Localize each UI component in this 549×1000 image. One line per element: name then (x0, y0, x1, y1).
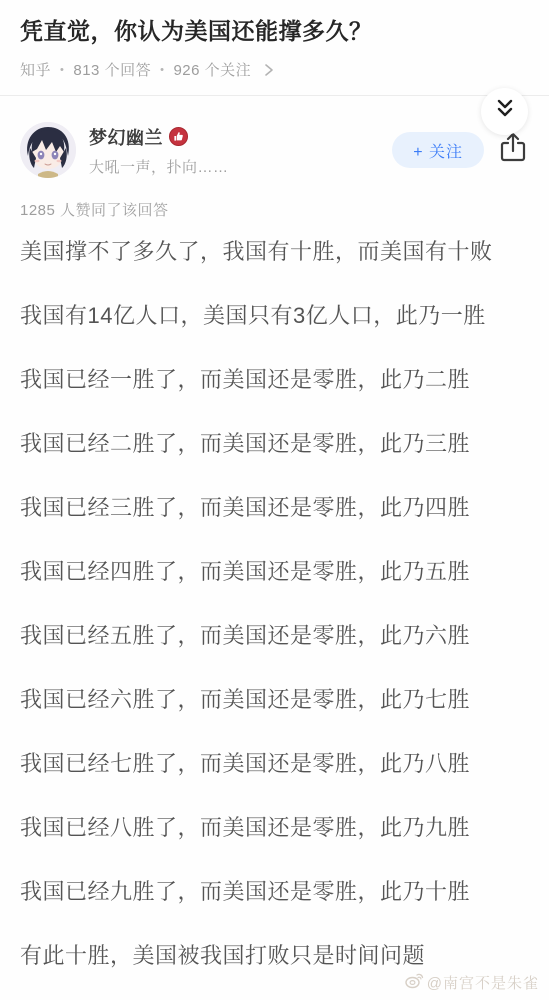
weibo-logo-icon (404, 971, 424, 993)
answer-content: 美国撑不了多久了，我国有十胜，而美国有十败 我国有14亿人口，美国只有3亿人口，… (20, 237, 529, 971)
answer-paragraph: 美国撑不了多久了，我国有十胜，而美国有十败 (20, 237, 529, 267)
watermark-text: @南宫不是朱雀 (427, 972, 539, 993)
author-bio: 大吼一声，扑向…… (89, 156, 392, 177)
answer-paragraph: 我国已经二胜了，而美国还是零胜，此乃三胜 (20, 429, 529, 459)
separator-dot: • (160, 64, 164, 76)
answer-paragraph: 我国有14亿人口，美国只有3亿人口，此乃一胜 (20, 301, 529, 331)
upvote-count: 1285 人赞同了该回答 (20, 199, 529, 220)
answer-paragraph: 我国已经五胜了，而美国还是零胜，此乃六胜 (20, 621, 529, 651)
watermark: @南宫不是朱雀 (404, 971, 539, 993)
chevrons-down-icon (492, 96, 518, 127)
author-name-row: 梦幻幽兰 (89, 124, 392, 150)
source-label: 知乎 (20, 59, 51, 80)
follow-button[interactable]: + 关注 (392, 132, 484, 168)
share-button[interactable] (497, 131, 529, 170)
author-row: 梦幻幽兰 大吼一声，扑向…… + 关注 (20, 122, 529, 178)
answer-paragraph: 我国已经八胜了，而美国还是零胜，此乃九胜 (20, 813, 529, 843)
thumbs-up-badge-icon (169, 127, 188, 146)
answer-card: 梦幻幽兰 大吼一声，扑向…… + 关注 (0, 122, 549, 971)
follower-count: 926 个关注 (173, 59, 251, 80)
answer-count: 813 个回答 (73, 59, 151, 80)
question-title[interactable]: 凭直觉，你认为美国还能撑多久？ (20, 16, 529, 46)
answer-paragraph: 我国已经三胜了，而美国还是零胜，此乃四胜 (20, 493, 529, 523)
collapse-answer-button[interactable] (481, 88, 528, 135)
answer-paragraph: 我国已经六胜了，而美国还是零胜，此乃七胜 (20, 685, 529, 715)
chevron-right-icon (262, 62, 276, 78)
author-name[interactable]: 梦幻幽兰 (89, 124, 163, 150)
answer-paragraph: 有此十胜，美国被我国打败只是时间问题 (20, 941, 529, 971)
separator-dot: • (60, 64, 64, 76)
question-header: 凭直觉，你认为美国还能撑多久？ 知乎 • 813 个回答 • 926 个关注 (0, 0, 549, 95)
avatar[interactable] (20, 122, 76, 178)
answer-paragraph: 我国已经一胜了，而美国还是零胜，此乃二胜 (20, 365, 529, 395)
answer-paragraph: 我国已经九胜了，而美国还是零胜，此乃十胜 (20, 877, 529, 907)
header-divider (0, 95, 549, 96)
question-meta[interactable]: 知乎 • 813 个回答 • 926 个关注 (20, 59, 529, 95)
author-info: 梦幻幽兰 大吼一声，扑向…… (89, 124, 392, 177)
share-icon (497, 131, 529, 170)
answer-paragraph: 我国已经七胜了，而美国还是零胜，此乃八胜 (20, 749, 529, 779)
answer-paragraph: 我国已经四胜了，而美国还是零胜，此乃五胜 (20, 557, 529, 587)
zhihu-answer-page: 凭直觉，你认为美国还能撑多久？ 知乎 • 813 个回答 • 926 个关注 (0, 0, 549, 1000)
